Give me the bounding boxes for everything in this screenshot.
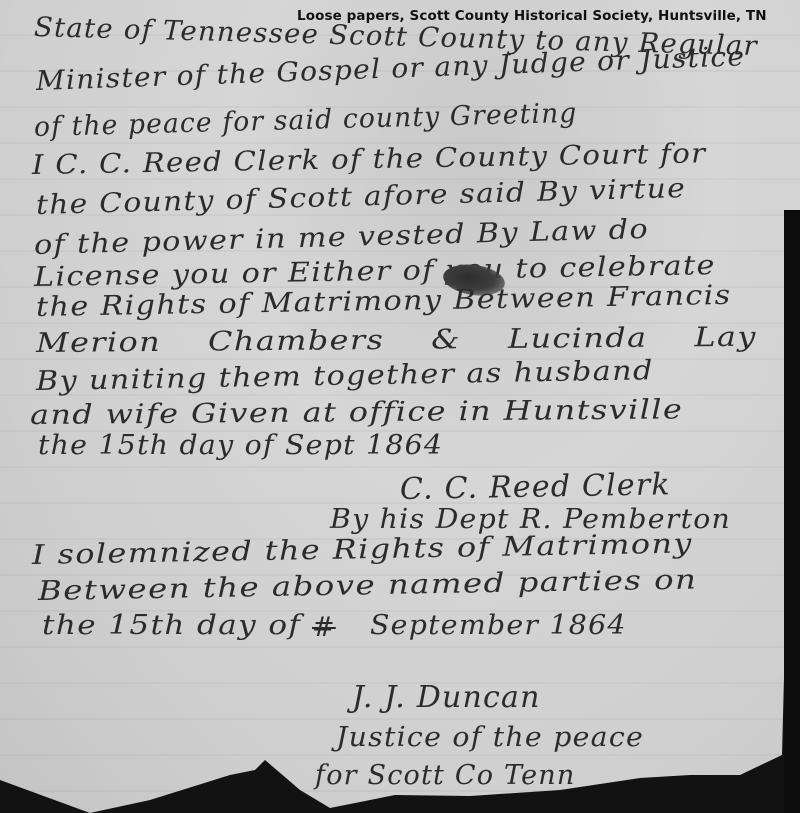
return-date-end: September 1864 xyxy=(370,610,627,641)
struck-mark: # xyxy=(312,612,336,643)
license-line-9: Merion Chambers & Lucinda Lay xyxy=(36,322,757,359)
justice-signature: J. J. Duncan xyxy=(352,680,541,715)
clerk-signature: C. C. Reed Clerk xyxy=(400,467,671,507)
return-line-3: the 15th day of xyxy=(42,610,301,641)
scan-edge xyxy=(784,210,800,813)
justice-county: for Scott Co Tenn xyxy=(315,760,575,791)
license-line-11: and wife Given at office in Huntsville xyxy=(30,394,683,431)
license-line-12: the 15th day of Sept 1864 xyxy=(38,430,443,461)
justice-title: Justice of the peace xyxy=(336,722,644,753)
